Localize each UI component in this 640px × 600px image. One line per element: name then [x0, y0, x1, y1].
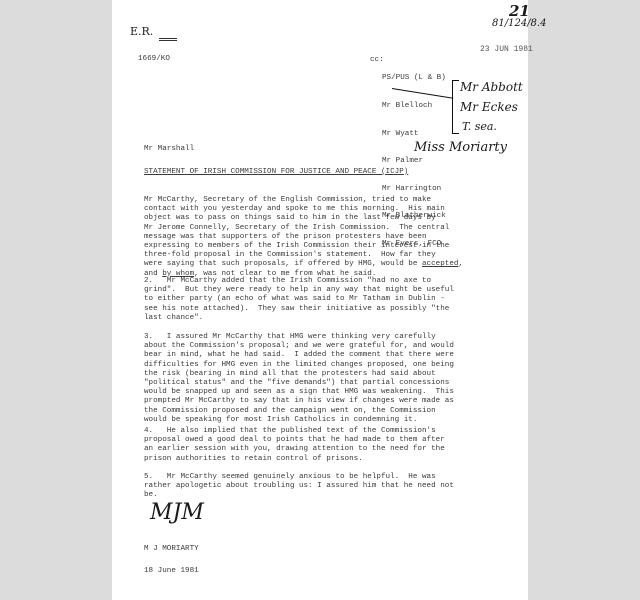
subject-heading: STATEMENT OF IRISH COMMISSION FOR JUSTIC…	[144, 168, 408, 177]
paragraph-5: 5. Mr McCarthy seemed genuinely anxious …	[144, 473, 454, 501]
handwritten-note: Mr Eckes	[460, 100, 518, 114]
document-page: E.R. 1669/KO 21 81/124/8.4 23 JUN 1981 c…	[112, 0, 528, 600]
paragraph-2: 2. Mr McCarthy added that the Irish Comm…	[144, 277, 454, 323]
handwritten-file-reference: 81/124/8.4	[492, 18, 546, 29]
received-date-stamp: 23 JUN 1981	[480, 45, 533, 54]
document-date: 18 June 1981	[144, 567, 199, 576]
paragraph-4: 4. He also implied that the published te…	[144, 427, 445, 464]
handwritten-note: T. sea.	[462, 120, 497, 133]
handwritten-addressee-note: Miss Moriarty	[414, 140, 507, 155]
cc-recipient: PS/PUS (L & B)	[382, 74, 446, 83]
reference-number: 1669/KO	[138, 55, 170, 64]
classification-underline	[159, 38, 177, 39]
paragraph-3: 3. I assured Mr McCarthy that HMG were t…	[144, 333, 454, 425]
underlined-word: accepted	[422, 260, 458, 268]
addressee: Mr Marshall	[144, 145, 194, 154]
paragraph-text: Mr McCarthy, Secretary of the English Co…	[144, 196, 449, 268]
cc-recipient: Mr Palmer	[382, 157, 446, 166]
signer-name: M J MORIARTY	[144, 545, 199, 554]
handwritten-bracket	[452, 80, 459, 134]
handwritten-note: Mr Abbott	[460, 80, 523, 94]
cc-recipient: Mr Wyatt	[382, 130, 446, 139]
classification-mark: E.R.	[130, 25, 153, 38]
signature: MJM	[150, 500, 204, 525]
cc-recipient: Mr Blelloch	[382, 102, 446, 111]
paragraph-1: Mr McCarthy, Secretary of the English Co…	[144, 196, 463, 279]
cc-recipient: Mr Harrington	[382, 185, 446, 194]
